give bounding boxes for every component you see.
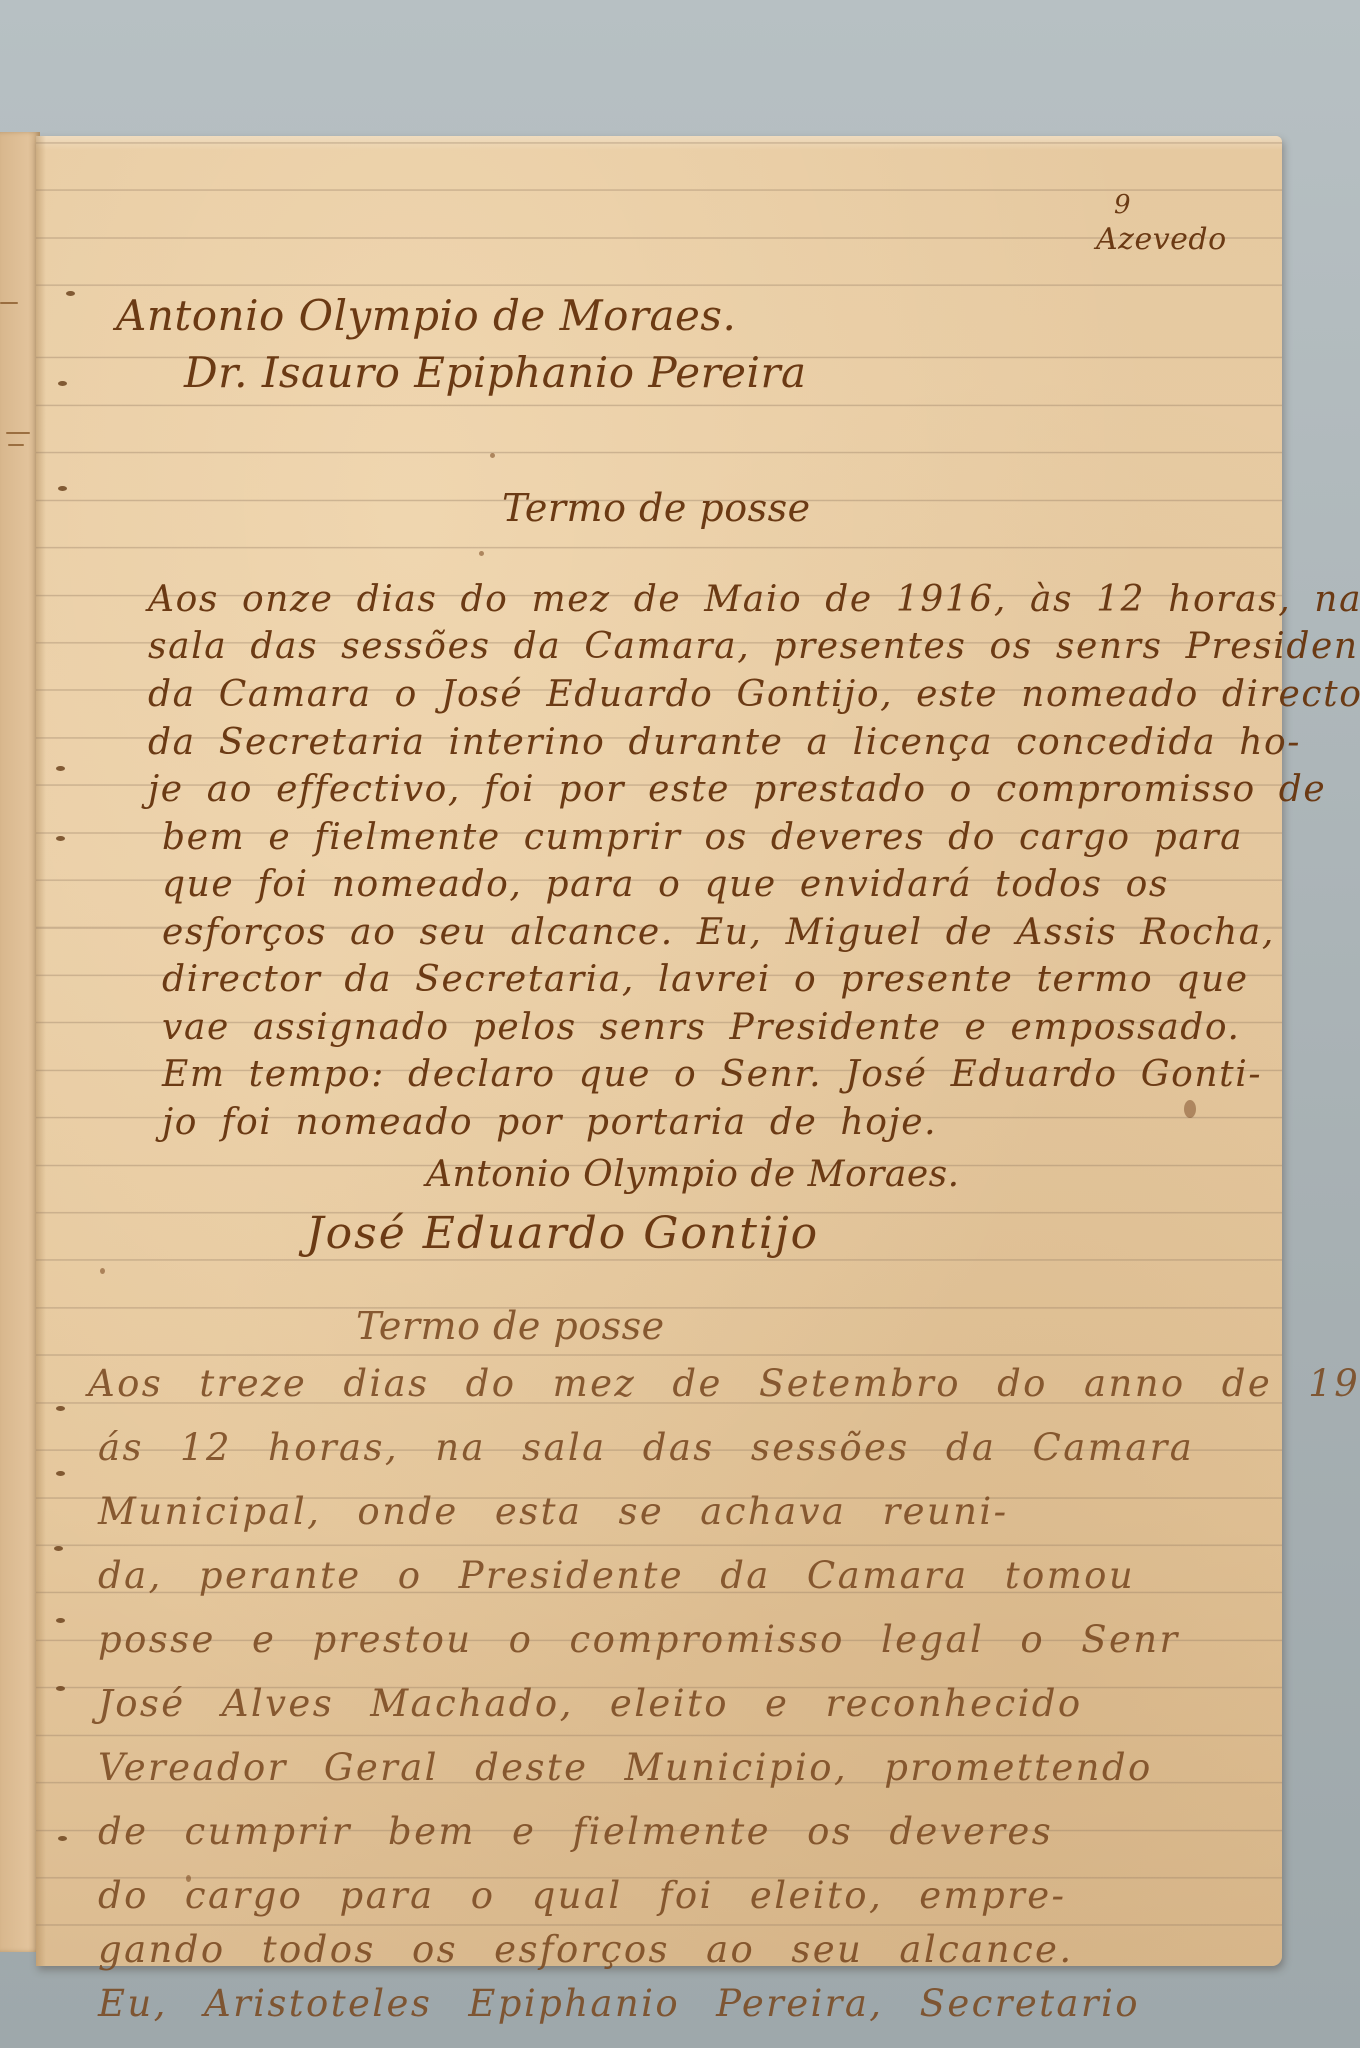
entry-1-line: je ao effectivo, foi por este prestado o… [148,769,1326,810]
punch-hole [66,291,75,296]
entry-1-line: vae assignado pelos senrs Presidente e e… [162,1007,1241,1048]
entry-2-line: José Alves Machado, eleito e reconhecido [98,1682,1083,1725]
ink-dot [100,1268,105,1274]
ledger-page: 9 Azevedo Antonio Olympio de Moraes. Dr.… [36,136,1282,1966]
punch-hole [56,1686,65,1691]
punch-hole [58,381,67,386]
punch-hole [56,1406,65,1411]
entry-1-line: bem e fielmente cumprir os deveres do ca… [162,817,1243,858]
entry-1-line: esforços ao seu alcance. Eu, Miguel de A… [162,912,1275,953]
entry-1-line: Aos onze dias do mez de Maio de 1916, às… [148,579,1360,620]
ink-dot [490,453,495,458]
entry-2-line: posse e prestou o compromisso legal o Se… [98,1618,1180,1661]
punch-hole [54,1546,63,1551]
entry-2-line: ás 12 horas, na sala das sessões da Cama… [98,1426,1194,1469]
entry-2-line: Vereador Geral deste Municipio, promette… [98,1746,1153,1789]
entry-2-line: Eu, Aristoteles Epiphanio Pereira, Secre… [98,1982,1140,2025]
punch-hole [56,766,65,771]
entry-1-line: jo foi nomeado por portaria de hoje. [162,1102,937,1143]
punch-hole [58,1836,67,1841]
ink-blot [1184,1100,1196,1118]
entry-1-line: Em tempo: declaro que o Senr. José Eduar… [162,1054,1262,1095]
entry-2-line: da, perante o Presidente da Camara tomou [98,1554,1135,1597]
punch-hole [56,836,65,841]
facing-page-edge [0,132,40,1952]
ink-fragment [0,302,18,304]
entry-1-signature-1: Antonio Olympio de Moraes. [426,1154,960,1195]
entry-2-line: Aos treze dias do mez de Setembro do ann… [88,1362,1360,1405]
entry-2-line: Municipal, onde esta se achava reuni- [98,1490,1008,1533]
entry-1-line: que foi nomeado, para o que envidará tod… [162,864,1169,905]
entry-1-line: director da Secretaria, lavrei o present… [162,959,1249,1000]
entry-1-line: da Camara o José Eduardo Gontijo, este n… [148,674,1360,715]
ink-dot [479,551,484,556]
entry-2-line: gando todos os esforços ao seu alcance. [98,1928,1074,1971]
entry-2-title: Termo de posse [356,1304,665,1348]
ink-fragment [6,432,30,434]
entry-1-signature-2: José Eduardo Gontijo [306,1208,819,1259]
entry-2-line: de cumprir bem e fielmente os deveres [98,1810,1053,1853]
punch-hole [58,486,67,491]
punch-hole [56,1471,65,1476]
folio-number: 9 [1114,190,1131,220]
folio-annotation: Azevedo [1096,222,1227,257]
header-signature-2: Dr. Isauro Epiphanio Pereira [184,348,807,397]
entry-2-line: do cargo para o qual foi eleito, empre- [98,1874,1066,1917]
spine-fold [36,136,46,1966]
punch-hole [56,1618,65,1623]
entry-1-line: sala das sessões da Camara, presentes os… [148,626,1360,667]
header-signature-1: Antonio Olympio de Moraes. [116,291,736,340]
entry-1-line: da Secretaria interino durante a licença… [148,722,1301,763]
ink-fragment [8,444,24,446]
page-top-edge [36,136,1282,150]
entry-1-title: Termo de posse [502,486,811,530]
